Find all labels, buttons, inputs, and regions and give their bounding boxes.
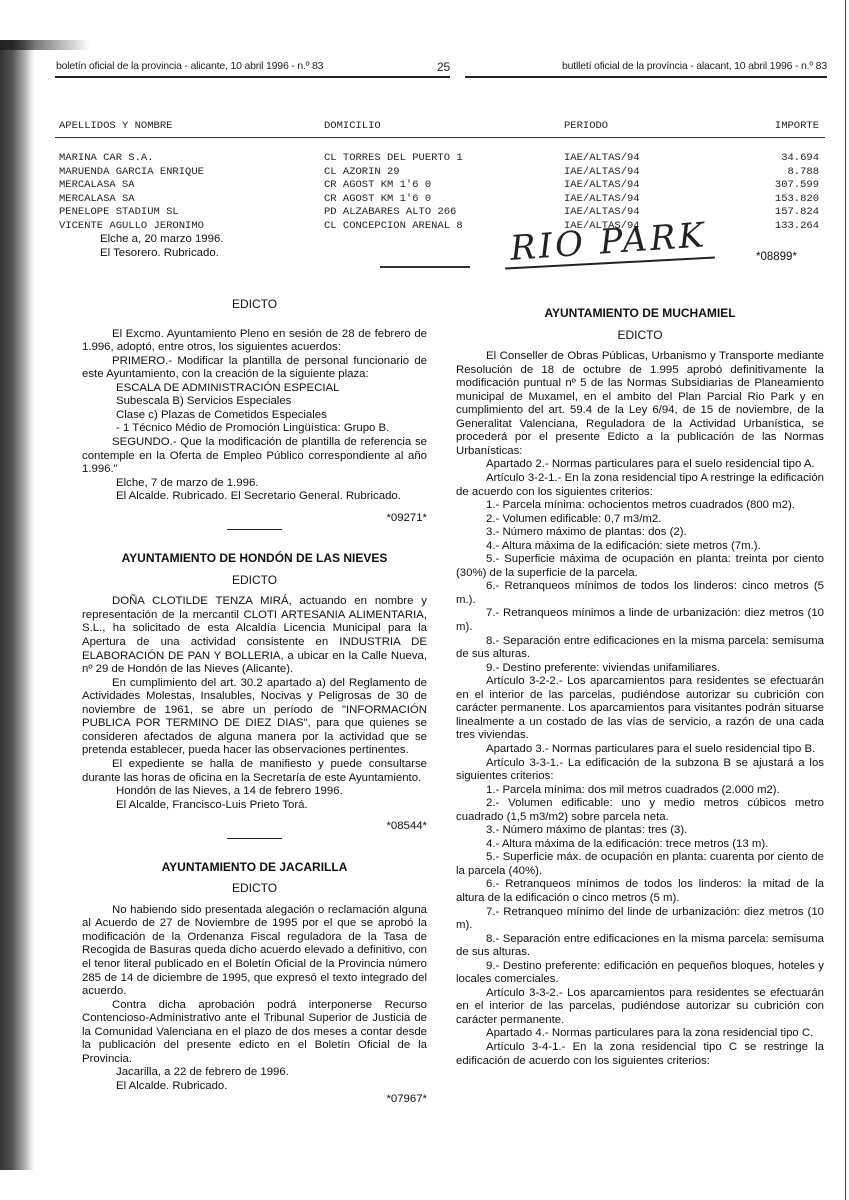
cell-amount: 307.599 bbox=[719, 179, 825, 193]
cell-name: MARINA CAR S.A. bbox=[55, 152, 324, 166]
cell-name: MARUENDA GARCIA ENRIQUE bbox=[55, 165, 324, 179]
edicto-title: EDICTO bbox=[82, 574, 427, 588]
cell-address: CL TORRES DEL PUERTO 1 bbox=[324, 152, 564, 166]
paragraph: DOÑA CLOTILDE TENZA MIRÁ, actuando en no… bbox=[82, 595, 427, 676]
paragraph: El Excmo. Ayuntamiento Pleno en sesión d… bbox=[82, 328, 427, 355]
table-row: MERCALASA SA CR AGOST KM 1'6 0 IAE/ALTAS… bbox=[55, 179, 825, 193]
cell-amount: 157.824 bbox=[719, 206, 825, 220]
scan-edge-top-shadow bbox=[0, 40, 90, 50]
criterio: 6.- Retranqueos mínimos de todos los lin… bbox=[456, 878, 824, 905]
criterio: 9.- Destino preferente: viviendas unifam… bbox=[456, 662, 824, 676]
articulo: Artículo 3-3-1.- La edificación de la su… bbox=[456, 757, 824, 784]
section-heading: AYUNTAMIENTO DE MUCHAMIEL bbox=[456, 307, 824, 321]
paragraph: SEGUNDO.- Que la modificación de plantil… bbox=[82, 436, 427, 477]
signature: El Alcalde. Rubricado. El Secretario Gen… bbox=[82, 490, 427, 504]
criterio: 1.- Parcela mínima: ochocientos metros c… bbox=[456, 499, 824, 513]
reference-number: *09271* bbox=[82, 512, 427, 526]
plaza-line: Clase c) Plazas de Cometidos Especiales bbox=[82, 409, 427, 423]
cell-period: IAE/ALTAS/94 bbox=[564, 165, 719, 179]
right-column: AYUNTAMIENTO DE MUCHAMIEL EDICTO El Cons… bbox=[456, 307, 824, 1068]
table-row: VICENTE AGULLO JERONIMO CL CONCEPCION AR… bbox=[55, 219, 825, 233]
left-column: Elche a, 20 marzo 1996. El Tesorero. Rub… bbox=[82, 233, 427, 1107]
criterio: 2.- Volumen edificable: uno y medio metr… bbox=[456, 797, 824, 824]
tax-roll-table: APELLIDOS Y NOMBRE DOMICILIO PERIODO IMP… bbox=[55, 118, 825, 233]
paragraph: El Conseller de Obras Públicas, Urbanism… bbox=[456, 350, 824, 458]
edicto-title: EDICTO bbox=[82, 298, 427, 312]
signing-date: Hondón de las Nieves, a 14 de febrero 19… bbox=[82, 785, 427, 799]
criterio: 7.- Retranqueo mínimo del linde de urban… bbox=[456, 906, 824, 933]
section-heading: AYUNTAMIENTO DE HONDÓN DE LAS NIEVES bbox=[82, 552, 427, 566]
column-header-address: DOMICILIO bbox=[324, 118, 564, 138]
running-header-left: boletín oficial de la provincia - alican… bbox=[56, 60, 323, 72]
cell-address: PD ALZABARES ALTO 266 bbox=[324, 206, 564, 220]
scan-edge-shadow bbox=[0, 40, 34, 1170]
criterio: 2.- Volumen edificable: 0,7 m3/m2. bbox=[456, 513, 824, 527]
criterio: 4.- Altura máxima de la edificación: tre… bbox=[456, 838, 824, 852]
cell-amount: 34.694 bbox=[719, 152, 825, 166]
criterio: 7.- Retranqueos mínimos a linde de urban… bbox=[456, 607, 824, 634]
header-rule-left bbox=[55, 76, 450, 78]
criterio: 1.- Parcela mínima: dos mil metros cuadr… bbox=[456, 784, 824, 798]
plaza-line: Subescala B) Servicios Especiales bbox=[82, 395, 427, 409]
edicto-title: EDICTO bbox=[82, 882, 427, 896]
criterio: 6.- Retranqueos mínimos de todos los lin… bbox=[456, 580, 824, 607]
cell-amount: 153.820 bbox=[719, 192, 825, 206]
criterio: 8.- Separación entre edificaciones en la… bbox=[456, 635, 824, 662]
signature: El Tesorero. Rubricado. bbox=[82, 247, 427, 261]
page-edge-rule bbox=[845, 0, 846, 1200]
paragraph: El expediente se halla de manifiesto y p… bbox=[82, 758, 427, 785]
table-row: PENELOPE STADIUM SL PD ALZABARES ALTO 26… bbox=[55, 206, 825, 220]
reference-number: *08899* bbox=[756, 251, 797, 263]
criterio: 9.- Destino preferente: edificación en p… bbox=[456, 960, 824, 987]
criterio: 5.- Superficie máxima de ocupación en pl… bbox=[456, 553, 824, 580]
edicto-title: EDICTO bbox=[456, 329, 824, 343]
paragraph: No habiendo sido presentada alegación o … bbox=[82, 904, 427, 999]
signature: El Alcalde. Rubricado. bbox=[82, 1080, 427, 1094]
paragraph: PRIMERO.- Modificar la plantilla de pers… bbox=[82, 355, 427, 382]
page-number: 25 bbox=[437, 60, 450, 74]
cell-name: PENELOPE STADIUM SL bbox=[55, 206, 324, 220]
criterio: 5.- Superficie máx. de ocupación en plan… bbox=[456, 851, 824, 878]
cell-name: VICENTE AGULLO JERONIMO bbox=[55, 219, 324, 233]
articulo: Artículo 3-4-1.- En la zona residencial … bbox=[456, 1041, 824, 1068]
paragraph: Contra dicha aprobación podrá interponer… bbox=[82, 999, 427, 1067]
table-row: MARINA CAR S.A. CL TORRES DEL PUERTO 1 I… bbox=[55, 152, 825, 166]
criterio: 4.- Altura máxima de la edificación: sie… bbox=[456, 540, 824, 554]
running-header-right: butlletí oficial de la província - alaca… bbox=[562, 60, 827, 72]
cell-period: IAE/ALTAS/94 bbox=[564, 192, 719, 206]
cell-address: CR AGOST KM 1'6 0 bbox=[324, 192, 564, 206]
criterio: 8.- Separación entre edificaciones en la… bbox=[456, 933, 824, 960]
cell-amount: 8.788 bbox=[719, 165, 825, 179]
criterio: 3.- Número máximo de plantas: tres (3). bbox=[456, 824, 824, 838]
cell-name: MERCALASA SA bbox=[55, 179, 324, 193]
signing-date: Elche, 7 de marzo de 1.996. bbox=[82, 477, 427, 491]
section-heading: AYUNTAMIENTO DE JACARILLA bbox=[82, 861, 427, 875]
column-header-period: PERIODO bbox=[564, 118, 719, 138]
cell-period: IAE/ALTAS/94 bbox=[564, 152, 719, 166]
apartado: Apartado 4.- Normas particulares para la… bbox=[456, 1027, 824, 1041]
reference-number: *07967* bbox=[82, 1093, 427, 1107]
criterio: 3.- Número máximo de plantas: dos (2). bbox=[456, 526, 824, 540]
articulo: Artículo 3-2-2.- Los aparcamientos para … bbox=[456, 675, 824, 743]
signing-date: Elche a, 20 marzo 1996. bbox=[82, 233, 427, 247]
cell-period: IAE/ALTAS/94 bbox=[564, 179, 719, 193]
plaza-line: ESCALA DE ADMINISTRACIÓN ESPECIAL bbox=[82, 382, 427, 396]
cell-name: MERCALASA SA bbox=[55, 192, 324, 206]
signing-date: Jacarilla, a 22 de febrero de 1996. bbox=[82, 1066, 427, 1080]
table-row: MERCALASA SA CR AGOST KM 1'6 0 IAE/ALTAS… bbox=[55, 192, 825, 206]
articulo: Artículo 3-2-1.- En la zona residencial … bbox=[456, 472, 824, 499]
cell-amount: 133.264 bbox=[719, 219, 825, 233]
plaza-line: - 1 Técnico Médio de Promoción Lingüísti… bbox=[82, 422, 427, 436]
apartado: Apartado 3.- Normas particulares para el… bbox=[456, 743, 824, 757]
table-header-row: APELLIDOS Y NOMBRE DOMICILIO PERIODO IMP… bbox=[55, 118, 825, 138]
column-header-amount: IMPORTE bbox=[719, 118, 825, 138]
header-rule-right bbox=[465, 76, 827, 78]
paragraph: En cumplimiento del art. 30.2 apartado a… bbox=[82, 677, 427, 758]
table-row: MARUENDA GARCIA ENRIQUE CL AZORIN 29 IAE… bbox=[55, 165, 825, 179]
reference-number: *08544* bbox=[82, 820, 427, 834]
apartado: Apartado 2.- Normas particulares para el… bbox=[456, 458, 824, 472]
column-header-name: APELLIDOS Y NOMBRE bbox=[55, 118, 324, 138]
articulo: Artículo 3-3-2.- Los aparcamientos para … bbox=[456, 987, 824, 1028]
cell-address: CR AGOST KM 1'6 0 bbox=[324, 179, 564, 193]
signature: El Alcalde, Francisco-Luis Prieto Torá. bbox=[82, 799, 427, 813]
cell-address: CL AZORIN 29 bbox=[324, 165, 564, 179]
